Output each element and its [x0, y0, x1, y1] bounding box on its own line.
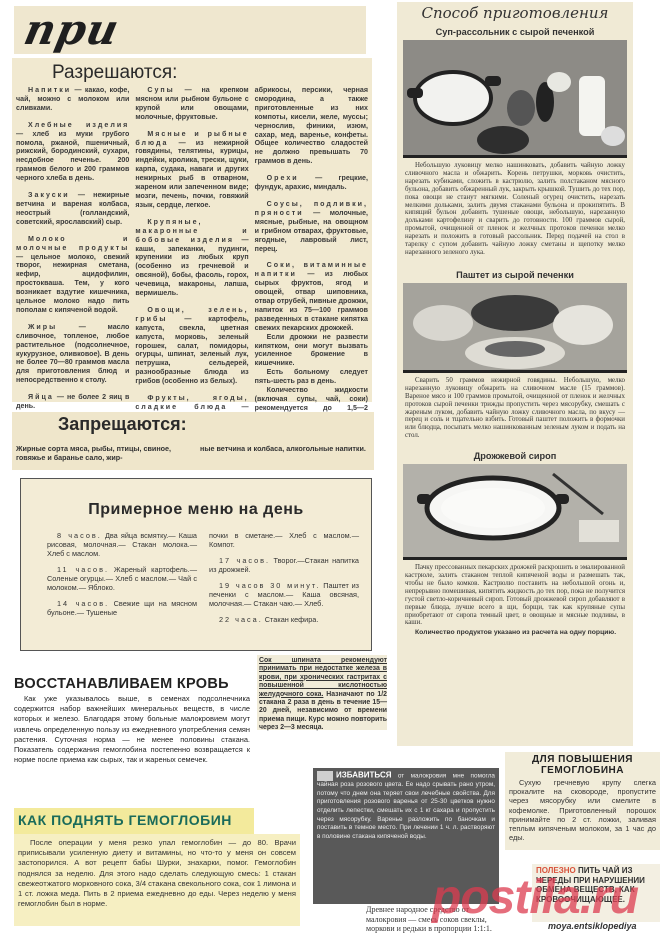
note-square-icon [317, 771, 333, 781]
menu-column-left: 8 часов. Два яйца всмятку.— Каша рисовая… [47, 531, 197, 631]
restore-text: Как уже указывалось выше, в семенах подс… [14, 694, 250, 765]
portion-note: Количество продуктов указано из расчета … [397, 627, 633, 637]
allowed-column-3: абрикосы, персики, черная смородина, а т… [255, 86, 368, 439]
header-banner: при малокровии [14, 6, 366, 54]
allowed-title: Разрешаются: [12, 58, 372, 84]
syrup-photo [403, 464, 627, 560]
rose-text: от малокровия мне помогла чайная роза ро… [317, 773, 495, 840]
raise-hemoglobin-title: ДЛЯ ПОВЫШЕНИЯ ГЕМОГЛОБИНА [505, 752, 660, 776]
raise-hemoglobin-text: Сухую гречневую крупу слегка прокалите н… [505, 776, 660, 844]
soup-title: Суп-рассольник с сырой печенкой [397, 24, 633, 40]
soup-photo-image [403, 40, 627, 158]
hemoglobin-body: После операции у меня резко упал гемогло… [14, 834, 300, 926]
raise-hemoglobin-note: ДЛЯ ПОВЫШЕНИЯ ГЕМОГЛОБИНА Сухую гречневу… [505, 752, 660, 850]
hemoglobin-header: КАК ПОДНЯТЬ ГЕМОГЛОБИН [14, 808, 254, 834]
recipes-column: Способ приготовления Суп-рассольник с сы… [397, 2, 633, 746]
spinach-note: Сок шпината рекомендуют принимать при не… [257, 655, 387, 730]
syrup-title: Дрожжевой сироп [397, 448, 633, 464]
recipes-header: Способ приготовления [397, 2, 633, 24]
restore-blood-article: ВОССТАНАВЛИВАЕМ КРОВЬ Как уже указывалос… [14, 676, 250, 786]
pate-photo [403, 283, 627, 373]
soup-photo [403, 40, 627, 158]
soup-text: Небольшую луковицу мелко нашинковать, до… [397, 158, 633, 257]
menu-column-right: почки в сметане.— Хлеб с маслом.— Компот… [209, 531, 359, 631]
rose-lead: ИЗБАВИТЬСЯ [336, 771, 391, 780]
hemoglobin-title: КАК ПОДНЯТЬ ГЕМОГЛОБИН [14, 808, 254, 828]
sample-menu-box: Примерное меню на день 8 часов. Два яйца… [20, 478, 372, 651]
allowed-column-1: Напитки — какао, кофе, чай, можно с моло… [16, 86, 129, 439]
syrup-text: Пачку прессованных пекарских дрожжей рас… [397, 560, 633, 627]
syrup-photo-image [403, 464, 627, 560]
forbidden-title: Запрещаются: [12, 412, 374, 438]
allowed-section: Разрешаются: Напитки — какао, кофе, чай,… [12, 58, 372, 402]
forbidden-text-left: Жирные сорта мяса, рыбы, птицы, свиное, … [16, 444, 186, 462]
hemoglobin-text: После операции у меня резко упал гемогло… [14, 834, 300, 913]
restore-title: ВОССТАНАВЛИВАЕМ КРОВЬ [14, 676, 250, 692]
pate-title: Паштет из сырой печенки [397, 267, 633, 283]
forbidden-text-right: ные ветчина и колбаса, алкогольные напит… [200, 444, 370, 462]
allowed-column-2: Супы — на крепком мясном или рыбном буль… [135, 86, 248, 439]
source-caption: moya.entsiklopediya [548, 921, 637, 931]
forbidden-section: Запрещаются: Жирные сорта мяса, рыбы, пт… [12, 412, 374, 470]
watermark: postila.ru [432, 870, 638, 925]
menu-title: Примерное меню на день [21, 501, 371, 519]
pate-text: Сварить 50 граммов нежирной говядины. Не… [397, 373, 633, 440]
pate-photo-image [403, 283, 627, 373]
